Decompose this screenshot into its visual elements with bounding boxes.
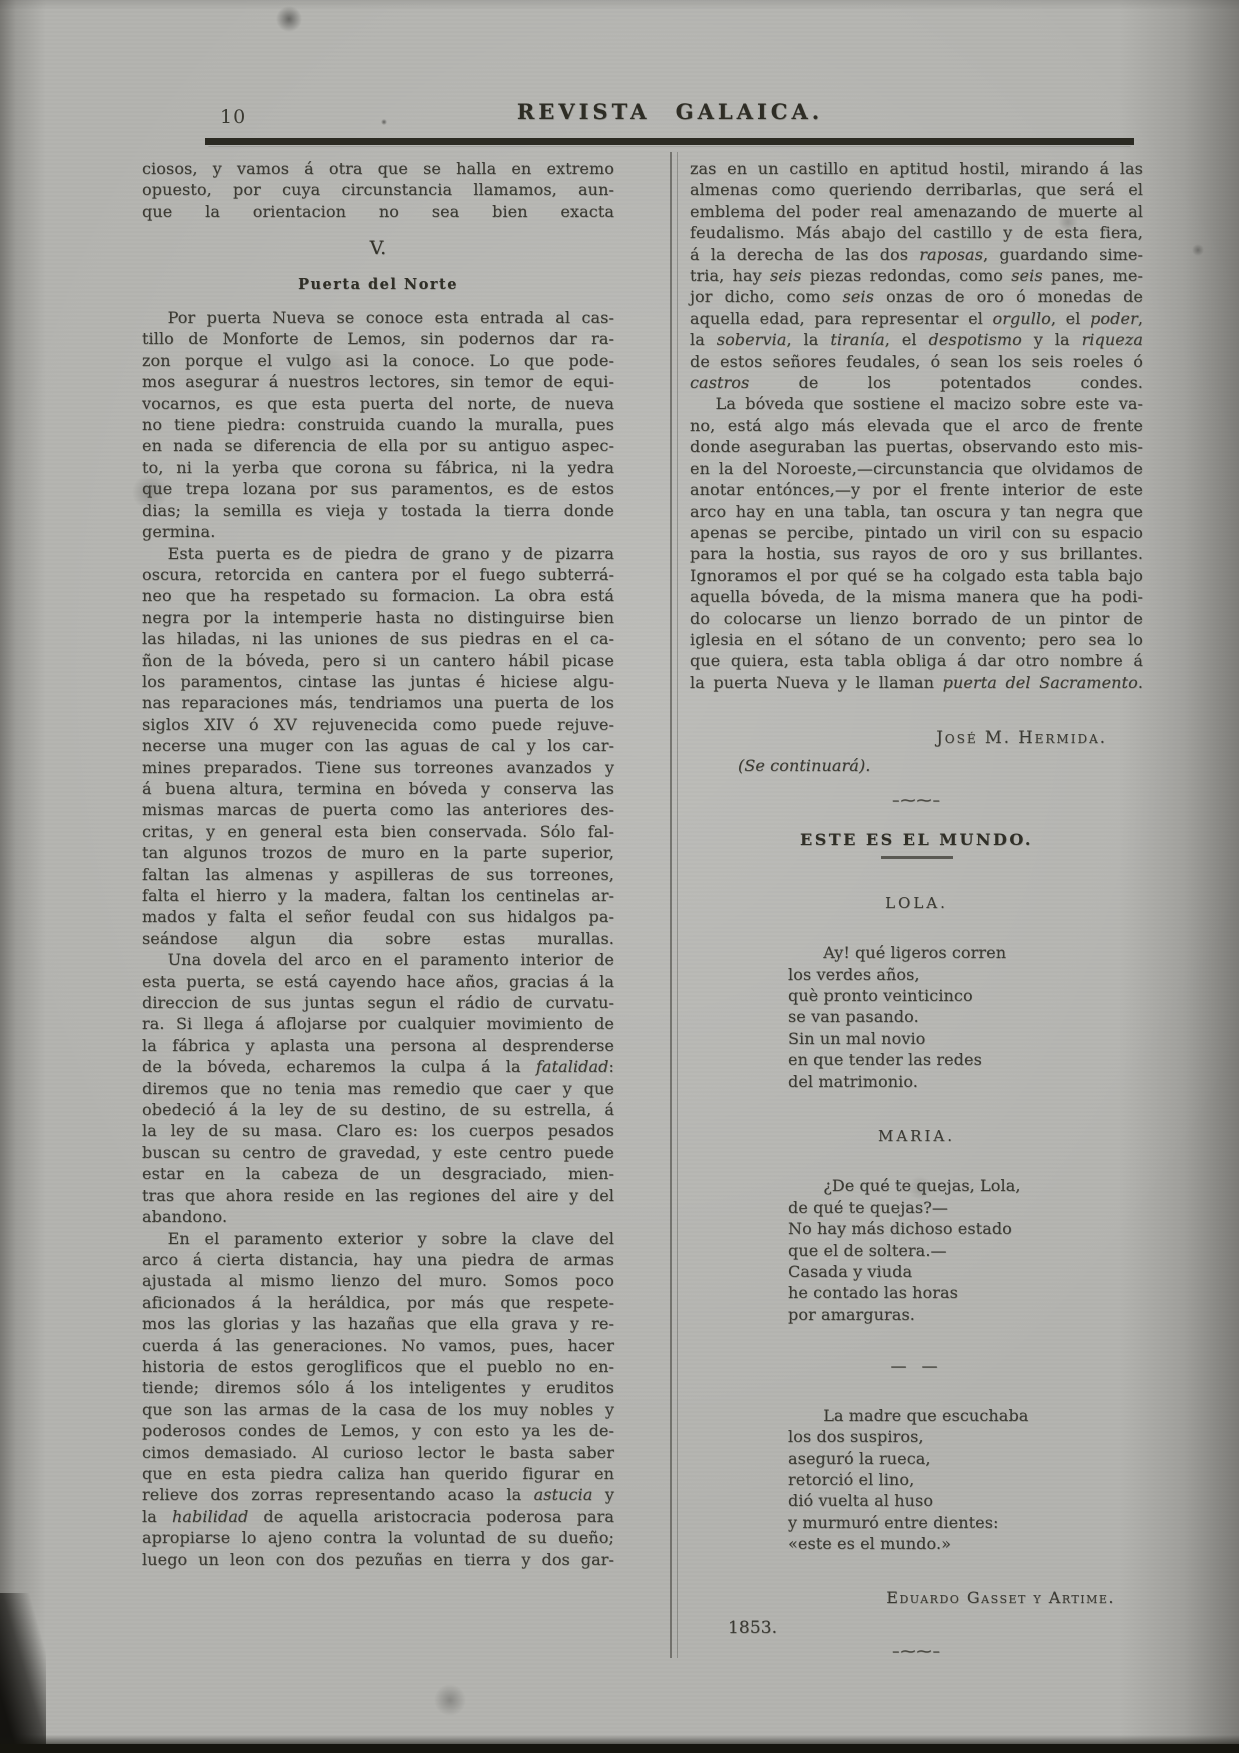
paragraph: Esta puerta es de piedra de grano y de p… — [142, 543, 614, 950]
intro-paragraph: ciosos, y vamos á otra que se halla en e… — [142, 158, 614, 222]
speaker-lola: LOLA. — [690, 893, 1143, 914]
paragraph: zas en un castillo en aptitud hostil, mi… — [690, 158, 1143, 393]
closing-ornament: –⁓⁓– — [690, 1641, 1143, 1662]
stanza-divider: — — — [690, 1355, 1143, 1376]
right-column: zas en un castillo en aptitud hostil, mi… — [690, 158, 1143, 1663]
poem-title-rule — [881, 856, 953, 859]
journal-title: REVISTA GALAICA. — [205, 99, 1135, 124]
scanned-magazine-page: 10 REVISTA GALAICA. ciosos, y vamos á ot… — [0, 0, 1239, 1753]
stanza-final: La madre que escuchabalos dos suspiros,a… — [690, 1405, 1143, 1555]
scan-corner-shadow — [0, 1593, 46, 1753]
paragraph: Por puerta Nueva se conoce esta entrada … — [142, 307, 614, 542]
stanza-maria: ¿De qué te quejas, Lola,de qué te quejas… — [690, 1175, 1143, 1325]
header-rule — [205, 138, 1134, 145]
paragraph: En el paramento exterior y sobre la clav… — [142, 1228, 614, 1571]
scan-edge-bottom-fade — [0, 1735, 1239, 1744]
section-title: Puerta del Norte — [142, 274, 614, 295]
paragraph: Una dovela del arco en el paramento inte… — [142, 949, 614, 1227]
article-author-signature: José M. Hermida. — [690, 727, 1143, 748]
poem-title: ESTE ES EL MUNDO. — [690, 829, 1143, 850]
section-number: V. — [142, 238, 614, 259]
speaker-maria: MARIA. — [690, 1126, 1143, 1147]
continuation-note: (Se continuará). — [690, 755, 1143, 776]
scan-edge-bottom — [0, 1744, 1239, 1753]
section-divider-ornament: –⁓⁓– — [690, 790, 1143, 811]
left-column: ciosos, y vamos á otra que se halla en e… — [142, 158, 614, 1570]
paragraph: La bóveda que sostiene el macizo sobre e… — [690, 393, 1143, 693]
poem-author-signature: Eduardo Gasset y Artime. — [690, 1587, 1143, 1608]
poem-year: 1853. — [690, 1618, 1143, 1639]
stanza-lola: Ay! qué ligeros correnlos verdes años,qu… — [690, 942, 1143, 1092]
column-divider — [670, 152, 678, 1658]
